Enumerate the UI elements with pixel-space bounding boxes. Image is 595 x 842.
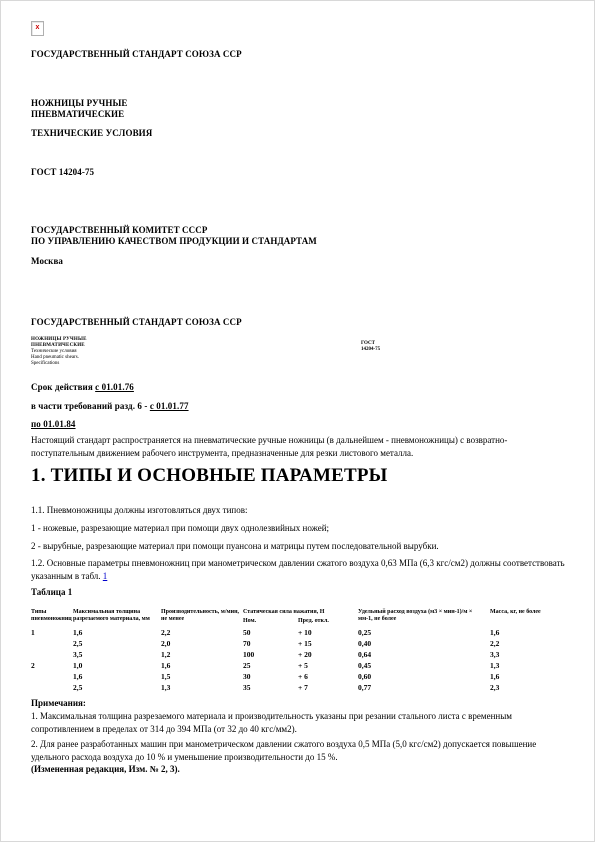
- title-block-gost-ref: ГОСТ 14204-75: [361, 341, 380, 353]
- cell-force-deviation: + 10: [298, 627, 358, 638]
- cell-mass: 1,6: [490, 627, 568, 638]
- cell-thickness: 3,5: [73, 649, 161, 660]
- doc-subtitle: ТЕХНИЧЕСКИЕ УСЛОВИЯ: [31, 128, 152, 139]
- cell-force-nominal: 30: [243, 671, 298, 682]
- note-1: 1. Максимальная толщина разрезаемого мат…: [31, 710, 568, 736]
- col-header-productivity: Производительность, м/мин, не менее: [161, 609, 243, 627]
- cell-type: 2: [31, 660, 73, 671]
- col-header-force-nominal: Ном.: [243, 618, 298, 627]
- cell-thickness: 1,6: [73, 671, 161, 682]
- gost-number: ГОСТ 14204-75: [31, 167, 94, 178]
- clause-1-2: 1.2. Основные параметры пневмоножниц при…: [31, 557, 568, 583]
- notes-title: Примечания:: [31, 698, 86, 708]
- cell-force-deviation: + 6: [298, 671, 358, 682]
- broken-image-icon: x: [31, 21, 44, 36]
- table-row: 3,5 1,2 100 + 20 0,64 3,3: [31, 649, 568, 660]
- table-row: 1,6 1,5 30 + 6 0,60 1,6: [31, 671, 568, 682]
- cell-type: [31, 638, 73, 649]
- committee-heading: ГОСУДАРСТВЕННЫЙ КОМИТЕТ СССР ПО УПРАВЛЕН…: [31, 225, 317, 247]
- validity-term-line: Срок действия с 01.01.76: [31, 382, 134, 393]
- clause-1-2-text: 1.2. Основные параметры пневмоножниц при…: [31, 558, 565, 581]
- cell-mass: 2,2: [490, 638, 568, 649]
- cell-productivity: 2,2: [161, 627, 243, 638]
- col-header-mass: Масса, кг, не более: [490, 609, 568, 627]
- cell-productivity: 2,0: [161, 638, 243, 649]
- validity-part-prefix: в части требований разд. 6 -: [31, 401, 150, 411]
- intro-paragraph: Настоящий стандарт распространяется на п…: [31, 434, 568, 460]
- cell-air: 0,40: [358, 638, 490, 649]
- col-header-type: Типы пневмоножниц: [31, 609, 73, 627]
- cell-force-deviation: + 7: [298, 682, 358, 693]
- cell-air: 0,60: [358, 671, 490, 682]
- city-label: Москва: [31, 256, 63, 267]
- cell-air: 0,64: [358, 649, 490, 660]
- cell-force-deviation: + 15: [298, 638, 358, 649]
- validity-term-link[interactable]: с 01.01.76: [95, 382, 134, 392]
- table-row: 1 1,6 2,2 50 + 10 0,25 1,6: [31, 627, 568, 638]
- doc-title: НОЖНИЦЫ РУЧНЫЕ ПНЕВМАТИЧЕСКИЕ: [31, 98, 128, 120]
- cell-air: 0,45: [358, 660, 490, 671]
- title-block-left: НОЖНИЦЫ РУЧНЫЕ ПНЕВМАТИЧЕСКИЕ Технически…: [31, 337, 331, 367]
- validity-part-link[interactable]: с 01.01.77: [150, 401, 189, 411]
- parameters-table-header: Типы пневмоножниц Максимальная толщина р…: [31, 609, 568, 627]
- state-standard-heading-top: ГОСУДАРСТВЕННЫЙ СТАНДАРТ СОЮЗА ССР: [31, 49, 242, 60]
- table-row: 2 1,0 1,6 25 + 5 0,45 1,3: [31, 660, 568, 671]
- col-header-thickness: Максимальная толщина разрезаемого матери…: [73, 609, 161, 627]
- cell-thickness: 1,0: [73, 660, 161, 671]
- cell-air: 0,25: [358, 627, 490, 638]
- type-item-2: 2 - вырубные, разрезающие материал при п…: [31, 540, 568, 553]
- cell-productivity: 1,5: [161, 671, 243, 682]
- doc-title-line1: НОЖНИЦЫ РУЧНЫЕ: [31, 98, 128, 109]
- validity-until-line: по 01.01.84: [31, 419, 76, 430]
- validity-term-prefix: Срок действия: [31, 382, 95, 392]
- col-header-force-group: Статическая сила нажатия, Н: [243, 609, 358, 618]
- cell-force-deviation: + 20: [298, 649, 358, 660]
- note-2: 2. Для ранее разработанных машин при ман…: [31, 738, 568, 764]
- cell-air: 0,77: [358, 682, 490, 693]
- doc-title-line2: ПНЕВМАТИЧЕСКИЕ: [31, 109, 128, 120]
- cell-productivity: 1,6: [161, 660, 243, 671]
- clause-1-1: 1.1. Пневмоножницы должны изготовляться …: [31, 504, 568, 517]
- cell-mass: 1,6: [490, 671, 568, 682]
- parameters-table: Типы пневмоножниц Максимальная толщина р…: [31, 609, 568, 693]
- amendment-note: (Измененная редакция, Изм. № 2, 3).: [31, 763, 568, 776]
- cell-mass: 3,3: [490, 649, 568, 660]
- validity-part-line: в части требований разд. 6 - с 01.01.77: [31, 401, 189, 412]
- cell-mass: 2,3: [490, 682, 568, 693]
- cell-thickness: 2,5: [73, 638, 161, 649]
- cell-mass: 1,3: [490, 660, 568, 671]
- committee-line2: ПО УПРАВЛЕНИЮ КАЧЕСТВОМ ПРОДУКЦИИ И СТАН…: [31, 236, 317, 247]
- cell-force-nominal: 100: [243, 649, 298, 660]
- cell-thickness: 2,5: [73, 682, 161, 693]
- cell-force-nominal: 70: [243, 638, 298, 649]
- cell-productivity: 1,3: [161, 682, 243, 693]
- cell-force-deviation: + 5: [298, 660, 358, 671]
- cell-type: [31, 682, 73, 693]
- cell-type: 1: [31, 627, 73, 638]
- table-row: 2,5 2,0 70 + 15 0,40 2,2: [31, 638, 568, 649]
- cell-type: [31, 671, 73, 682]
- table-row: 2,5 1,3 35 + 7 0,77 2,3: [31, 682, 568, 693]
- cell-type: [31, 649, 73, 660]
- document-page: x ГОСУДАРСТВЕННЫЙ СТАНДАРТ СОЮЗА ССР НОЖ…: [0, 0, 595, 842]
- table-caption: Таблица 1: [31, 587, 72, 597]
- validity-until-link[interactable]: по 01.01.84: [31, 419, 76, 429]
- parameters-table-body: 1 1,6 2,2 50 + 10 0,25 1,6 2,5 2,0 70 + …: [31, 627, 568, 693]
- cell-force-nominal: 25: [243, 660, 298, 671]
- table-1-link[interactable]: 1: [103, 571, 108, 581]
- cell-thickness: 1,6: [73, 627, 161, 638]
- committee-line1: ГОСУДАРСТВЕННЫЙ КОМИТЕТ СССР: [31, 225, 317, 236]
- state-standard-heading-mid: ГОСУДАРСТВЕННЫЙ СТАНДАРТ СОЮЗА ССР: [31, 317, 242, 328]
- cell-force-nominal: 35: [243, 682, 298, 693]
- section1-heading: 1. ТИПЫ И ОСНОВНЫЕ ПАРАМЕТРЫ: [31, 465, 388, 487]
- title-block-gost-num: 14204-75: [361, 347, 380, 353]
- col-header-force-deviation: Пред. откл.: [298, 618, 358, 627]
- col-header-air: Удельный расход воздуха (м3 × мин-1)/м ×…: [358, 609, 490, 627]
- type-item-1: 1 - ножевые, разрезающие материал при по…: [31, 522, 568, 535]
- cell-productivity: 1,2: [161, 649, 243, 660]
- cell-force-nominal: 50: [243, 627, 298, 638]
- title-block-english-line2: Specifications: [31, 361, 331, 367]
